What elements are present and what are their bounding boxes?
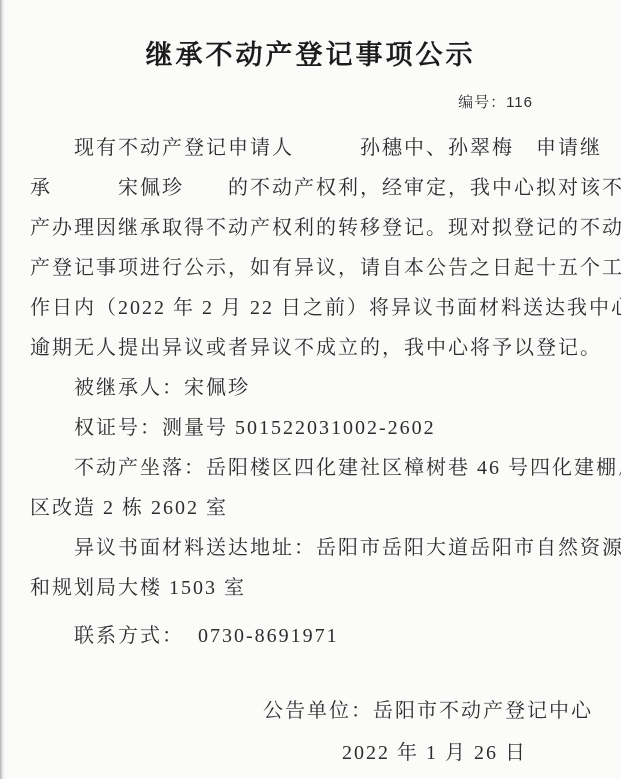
body-line: 产登记事项进行公示，如有异议，请自本公告之日起十五个工 [30, 248, 597, 288]
document-number: 编号：116 [0, 94, 533, 112]
issue-date: 2022 年 1 月 26 日 [0, 732, 527, 774]
scan-edge-artifact [0, 0, 5, 779]
body-line: 承 宋佩珍 的不动产权利，经审定，我中心拟对该不动 [30, 168, 597, 208]
issuing-authority: 公告单位：岳阳市不动产登记中心 [0, 690, 593, 732]
body-line: 作日内（2022 年 2 月 22 日之前）将异议书面材料送达我中心。 [30, 288, 597, 328]
body-line-property-location-cont: 区改造 2 栋 2602 室 [30, 488, 597, 528]
body-line: 逾期无人提出异议或者异议不成立的，我中心将予以登记。 [30, 328, 597, 368]
body-line: 现有不动产登记申请人 孙穗中、孙翠梅 申请继 [30, 128, 597, 168]
body-line-certificate-number: 权证号：测量号 501522031002-2602 [30, 408, 597, 448]
body-line-objection-address-cont: 和规划局大楼 1503 室 [30, 568, 597, 608]
document-body: 现有不动产登记申请人 孙穗中、孙翠梅 申请继 承 宋佩珍 的不动产权利，经审定，… [30, 128, 597, 656]
body-line-objection-address: 异议书面材料送达地址：岳阳市岳阳大道岳阳市自然资源 [30, 528, 597, 568]
body-line-property-location: 不动产坐落：岳阳楼区四化建社区樟树巷 46 号四化建棚户 [30, 448, 597, 488]
document-title: 继承不动产登记事项公示 [0, 38, 621, 72]
body-line: 产办理因继承取得不动产权利的转移登记。现对拟登记的不动 [30, 208, 597, 248]
body-line-contact-phone: 联系方式： 0730-8691971 [30, 616, 597, 656]
body-line-deceased: 被继承人：宋佩珍 [30, 368, 597, 408]
notice-document-page: 继承不动产登记事项公示 编号：116 现有不动产登记申请人 孙穗中、孙翠梅 申请… [0, 0, 621, 779]
document-footer: 公告单位：岳阳市不动产登记中心 2022 年 1 月 26 日 [0, 690, 621, 774]
